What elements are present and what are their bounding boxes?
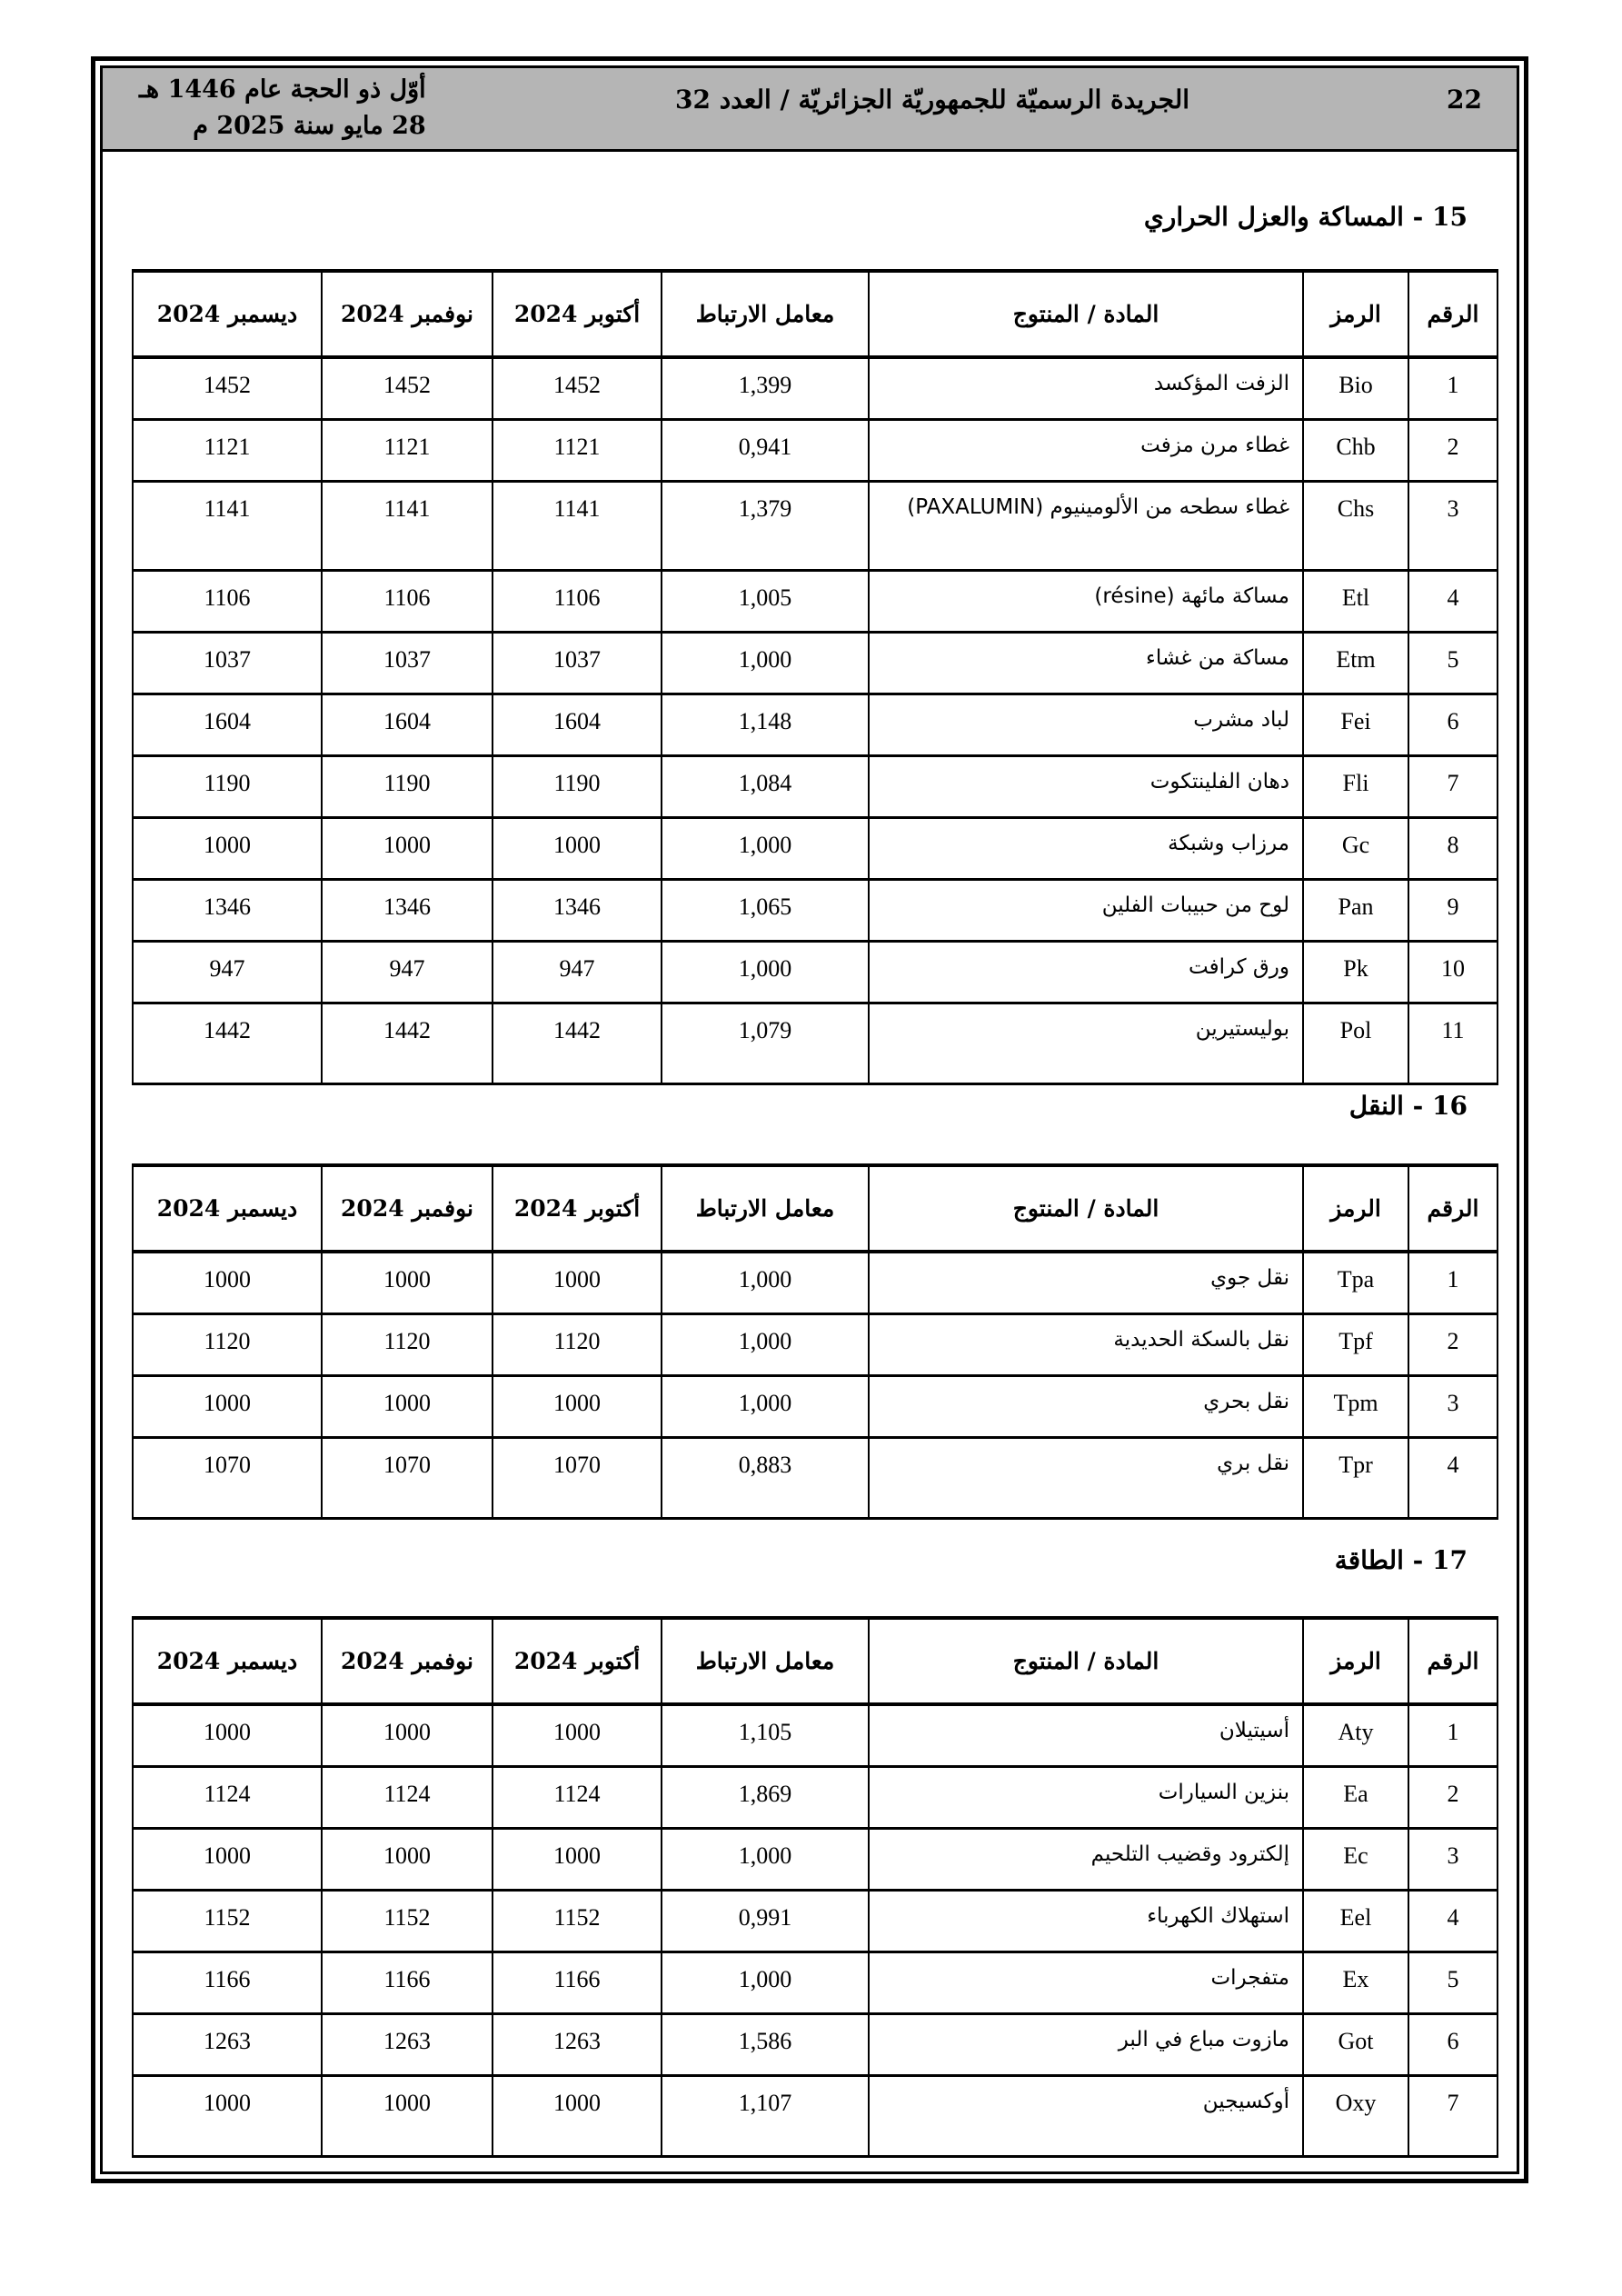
column-header-nov: نوفمبر 2024: [322, 271, 493, 357]
cell-num: 5: [1408, 633, 1498, 694]
cell-dec: 1037: [133, 633, 322, 694]
column-header-coef: معامل الارتباط: [662, 271, 869, 357]
cell-num: 10: [1408, 942, 1498, 1003]
cell-code: Pk: [1303, 942, 1408, 1003]
column-header-product: المادة / المنتوج: [869, 271, 1303, 357]
cell-num: 3: [1408, 1376, 1498, 1438]
column-header-product: المادة / المنتوج: [869, 1618, 1303, 1704]
cell-code: Etl: [1303, 571, 1408, 633]
cell-coef: 1,399: [662, 357, 869, 420]
cell-code: Ec: [1303, 1829, 1408, 1891]
cell-oct: 1124: [493, 1767, 662, 1829]
cell-product: أوكسيجين: [869, 2076, 1303, 2157]
cell-product: استهلاك الكهرباء: [869, 1891, 1303, 1952]
cell-coef: 1,869: [662, 1767, 869, 1829]
cell-num: 4: [1408, 1891, 1498, 1952]
cell-nov: 1452: [322, 357, 493, 420]
table-row: 5Etmمساكة من غشاء1,000103710371037: [133, 633, 1498, 694]
cell-coef: 1,000: [662, 942, 869, 1003]
cell-oct: 1000: [493, 2076, 662, 2157]
cell-coef: 1,065: [662, 880, 869, 942]
cell-num: 2: [1408, 1314, 1498, 1376]
cell-dec: 1000: [133, 1704, 322, 1767]
cell-num: 2: [1408, 1767, 1498, 1829]
cell-num: 1: [1408, 1704, 1498, 1767]
cell-dec: 1120: [133, 1314, 322, 1376]
page-header: 22 الجريدة الرسميّة للجمهوريّة الجزائريّ…: [103, 68, 1517, 152]
cell-dec: 947: [133, 942, 322, 1003]
cell-nov: 1000: [322, 1376, 493, 1438]
cell-coef: 1,000: [662, 633, 869, 694]
table-header-row: الرقمالرمزالمادة / المنتوجمعامل الارتباط…: [133, 1618, 1498, 1704]
table-row: 7Oxyأوكسيجين1,107100010001000: [133, 2076, 1498, 2157]
cell-oct: 1141: [493, 482, 662, 571]
table-row: 6Feiلباد مشرب1,148160416041604: [133, 694, 1498, 756]
cell-product: مازوت مباع في البر: [869, 2014, 1303, 2076]
cell-coef: 1,000: [662, 1376, 869, 1438]
cell-oct: 1120: [493, 1314, 662, 1376]
cell-nov: 1190: [322, 756, 493, 818]
cell-nov: 1152: [322, 1891, 493, 1952]
cell-oct: 1452: [493, 357, 662, 420]
cell-product: غطاء مرن مزفت: [869, 420, 1303, 482]
column-header-oct: أكتوبر 2024: [493, 1618, 662, 1704]
cell-oct: 1037: [493, 633, 662, 694]
table-row: 11Polبوليستيرين1,079144214421442: [133, 1003, 1498, 1084]
table-row: 1Tpaنقل جوي1,000100010001000: [133, 1252, 1498, 1314]
cell-coef: 0,883: [662, 1438, 869, 1519]
column-header-num: الرقم: [1408, 271, 1498, 357]
table-row: 2Tpfنقل بالسكة الحديدية1,000112011201120: [133, 1314, 1498, 1376]
cell-product: دهان الفلينتكوت: [869, 756, 1303, 818]
cell-num: 4: [1408, 1438, 1498, 1519]
cell-code: Oxy: [1303, 2076, 1408, 2157]
cell-coef: 1,000: [662, 1829, 869, 1891]
table-row: 4Tprنقل بري0,883107010701070: [133, 1438, 1498, 1519]
cell-dec: 1452: [133, 357, 322, 420]
column-header-code: الرمز: [1303, 1618, 1408, 1704]
cell-code: Tpf: [1303, 1314, 1408, 1376]
table-row: 4Eelاستهلاك الكهرباء0,991115211521152: [133, 1891, 1498, 1952]
cell-num: 2: [1408, 420, 1498, 482]
cell-code: Bio: [1303, 357, 1408, 420]
cell-coef: 1,107: [662, 2076, 869, 2157]
table-row: 6Gotمازوت مباع في البر1,586126312631263: [133, 2014, 1498, 2076]
date-gregorian: 28 مايو سنة 2025 م: [139, 108, 426, 145]
cell-coef: 1,105: [662, 1704, 869, 1767]
cell-oct: 1263: [493, 2014, 662, 2076]
cell-dec: 1442: [133, 1003, 322, 1084]
cell-oct: 1190: [493, 756, 662, 818]
cell-product: نقل جوي: [869, 1252, 1303, 1314]
table-row: 1Bioالزفت المؤكسد1,399145214521452: [133, 357, 1498, 420]
cell-code: Etm: [1303, 633, 1408, 694]
column-header-num: الرقم: [1408, 1165, 1498, 1252]
column-header-dec: ديسمبر 2024: [133, 1165, 322, 1252]
cell-num: 1: [1408, 1252, 1498, 1314]
cell-oct: 1346: [493, 880, 662, 942]
table-row: 7Fliدهان الفلينتكوت1,084119011901190: [133, 756, 1498, 818]
cell-oct: 1070: [493, 1438, 662, 1519]
column-header-coef: معامل الارتباط: [662, 1165, 869, 1252]
cell-nov: 1141: [322, 482, 493, 571]
table-row: 5Exمتفجرات1,000116611661166: [133, 1952, 1498, 2014]
cell-nov: 1346: [322, 880, 493, 942]
cell-num: 6: [1408, 2014, 1498, 2076]
cell-num: 6: [1408, 694, 1498, 756]
journal-title: الجريدة الرسميّة للجمهوريّة الجزائريّة /…: [675, 85, 1189, 115]
table-header-row: الرقمالرمزالمادة / المنتوجمعامل الارتباط…: [133, 271, 1498, 357]
cell-nov: 1121: [322, 420, 493, 482]
column-header-coef: معامل الارتباط: [662, 1618, 869, 1704]
cell-nov: 947: [322, 942, 493, 1003]
cell-nov: 1000: [322, 1252, 493, 1314]
cell-dec: 1000: [133, 818, 322, 880]
cell-dec: 1000: [133, 2076, 322, 2157]
cell-code: Chs: [1303, 482, 1408, 571]
cell-product: بنزين السيارات: [869, 1767, 1303, 1829]
price-index-table: الرقمالرمزالمادة / المنتوجمعامل الارتباط…: [132, 1616, 1498, 2158]
price-index-table: الرقمالرمزالمادة / المنتوجمعامل الارتباط…: [132, 1163, 1498, 1520]
cell-num: 4: [1408, 571, 1498, 633]
cell-coef: 1,586: [662, 2014, 869, 2076]
cell-product: متفجرات: [869, 1952, 1303, 2014]
section-title: 15 - المساكة والعزل الحراري: [1144, 202, 1468, 232]
cell-dec: 1604: [133, 694, 322, 756]
cell-nov: 1263: [322, 2014, 493, 2076]
table-row: 9Panلوح من حبيبات الفلين1,06513461346134…: [133, 880, 1498, 942]
cell-coef: 1,084: [662, 756, 869, 818]
cell-code: Got: [1303, 2014, 1408, 2076]
cell-product: نقل بالسكة الحديدية: [869, 1314, 1303, 1376]
column-header-dec: ديسمبر 2024: [133, 271, 322, 357]
cell-oct: 1604: [493, 694, 662, 756]
cell-product: لباد مشرب: [869, 694, 1303, 756]
cell-dec: 1000: [133, 1252, 322, 1314]
column-header-nov: نوفمبر 2024: [322, 1618, 493, 1704]
cell-dec: 1000: [133, 1376, 322, 1438]
cell-product: بوليستيرين: [869, 1003, 1303, 1084]
cell-nov: 1000: [322, 1829, 493, 1891]
cell-coef: 1,379: [662, 482, 869, 571]
column-header-num: الرقم: [1408, 1618, 1498, 1704]
cell-product: لوح من حبيبات الفلين: [869, 880, 1303, 942]
cell-num: 5: [1408, 1952, 1498, 2014]
cell-code: Tpa: [1303, 1252, 1408, 1314]
cell-oct: 1000: [493, 1704, 662, 1767]
cell-num: 1: [1408, 357, 1498, 420]
cell-dec: 1166: [133, 1952, 322, 2014]
cell-coef: 0,991: [662, 1891, 869, 1952]
column-header-oct: أكتوبر 2024: [493, 1165, 662, 1252]
cell-num: 7: [1408, 2076, 1498, 2157]
price-index-table: الرقمالرمزالمادة / المنتوجمعامل الارتباط…: [132, 269, 1498, 1085]
cell-code: Aty: [1303, 1704, 1408, 1767]
cell-code: Fli: [1303, 756, 1408, 818]
cell-product: نقل بري: [869, 1438, 1303, 1519]
cell-code: Eel: [1303, 1891, 1408, 1952]
cell-num: 9: [1408, 880, 1498, 942]
cell-nov: 1000: [322, 2076, 493, 2157]
cell-oct: 1121: [493, 420, 662, 482]
cell-code: Pol: [1303, 1003, 1408, 1084]
cell-product: مرزاب وشبكة: [869, 818, 1303, 880]
cell-num: 8: [1408, 818, 1498, 880]
date-hijri: أوّل ذو الحجة عام 1446 هـ: [139, 72, 426, 108]
cell-coef: 1,079: [662, 1003, 869, 1084]
issue-date: أوّل ذو الحجة عام 1446 هـ 28 مايو سنة 20…: [139, 72, 426, 145]
cell-product: ورق كرافت: [869, 942, 1303, 1003]
cell-product: مساكة من غشاء: [869, 633, 1303, 694]
cell-product: غطاء سطحه من الألومينيوم (PAXALUMIN): [869, 482, 1303, 571]
cell-dec: 1000: [133, 1829, 322, 1891]
section-title: 17 - الطاقة: [1335, 1545, 1468, 1575]
table-row: 3Chsغطاء سطحه من الألومينيوم (PAXALUMIN)…: [133, 482, 1498, 571]
cell-nov: 1120: [322, 1314, 493, 1376]
cell-coef: 1,148: [662, 694, 869, 756]
cell-product: مساكة مائهة (résine): [869, 571, 1303, 633]
cell-code: Fei: [1303, 694, 1408, 756]
column-header-oct: أكتوبر 2024: [493, 271, 662, 357]
column-header-code: الرمز: [1303, 271, 1408, 357]
table-row: 2Chbغطاء مرن مزفت0,941112111211121: [133, 420, 1498, 482]
cell-oct: 947: [493, 942, 662, 1003]
cell-product: نقل بحري: [869, 1376, 1303, 1438]
table-row: 10Pkورق كرافت1,000947947947: [133, 942, 1498, 1003]
cell-oct: 1152: [493, 1891, 662, 1952]
cell-code: Tpr: [1303, 1438, 1408, 1519]
cell-nov: 1037: [322, 633, 493, 694]
cell-oct: 1442: [493, 1003, 662, 1084]
cell-num: 7: [1408, 756, 1498, 818]
cell-coef: 1,005: [662, 571, 869, 633]
column-header-product: المادة / المنتوج: [869, 1165, 1303, 1252]
cell-code: Pan: [1303, 880, 1408, 942]
page-number: 22: [1447, 85, 1482, 115]
column-header-dec: ديسمبر 2024: [133, 1618, 322, 1704]
cell-oct: 1000: [493, 818, 662, 880]
cell-dec: 1106: [133, 571, 322, 633]
cell-product: إلكترود وقضيب التلحيم: [869, 1829, 1303, 1891]
cell-nov: 1442: [322, 1003, 493, 1084]
cell-oct: 1166: [493, 1952, 662, 2014]
cell-nov: 1106: [322, 571, 493, 633]
table-row: 3Ecإلكترود وقضيب التلحيم1,00010001000100…: [133, 1829, 1498, 1891]
table-row: 8Gcمرزاب وشبكة1,000100010001000: [133, 818, 1498, 880]
cell-product: الزفت المؤكسد: [869, 357, 1303, 420]
cell-code: Ea: [1303, 1767, 1408, 1829]
cell-dec: 1152: [133, 1891, 322, 1952]
cell-oct: 1106: [493, 571, 662, 633]
cell-num: 3: [1408, 1829, 1498, 1891]
column-header-nov: نوفمبر 2024: [322, 1165, 493, 1252]
cell-nov: 1000: [322, 1704, 493, 1767]
column-header-code: الرمز: [1303, 1165, 1408, 1252]
cell-coef: 0,941: [662, 420, 869, 482]
cell-num: 11: [1408, 1003, 1498, 1084]
table-header-row: الرقمالرمزالمادة / المنتوجمعامل الارتباط…: [133, 1165, 1498, 1252]
cell-code: Tpm: [1303, 1376, 1408, 1438]
cell-dec: 1346: [133, 880, 322, 942]
cell-coef: 1,000: [662, 1314, 869, 1376]
cell-num: 3: [1408, 482, 1498, 571]
cell-nov: 1604: [322, 694, 493, 756]
table-row: 3Tpmنقل بحري1,000100010001000: [133, 1376, 1498, 1438]
cell-code: Ex: [1303, 1952, 1408, 2014]
section-title: 16 - النقل: [1349, 1091, 1468, 1121]
table-row: 2Eaبنزين السيارات1,869112411241124: [133, 1767, 1498, 1829]
cell-nov: 1000: [322, 818, 493, 880]
cell-dec: 1141: [133, 482, 322, 571]
cell-coef: 1,000: [662, 1252, 869, 1314]
table-row: 4Etlمساكة مائهة (résine)1,00511061106110…: [133, 571, 1498, 633]
cell-oct: 1000: [493, 1829, 662, 1891]
cell-coef: 1,000: [662, 818, 869, 880]
cell-nov: 1124: [322, 1767, 493, 1829]
cell-dec: 1121: [133, 420, 322, 482]
cell-nov: 1070: [322, 1438, 493, 1519]
cell-product: أسيتيلان: [869, 1704, 1303, 1767]
cell-dec: 1070: [133, 1438, 322, 1519]
table-row: 1Atyأسيتيلان1,105100010001000: [133, 1704, 1498, 1767]
cell-dec: 1263: [133, 2014, 322, 2076]
cell-dec: 1124: [133, 1767, 322, 1829]
cell-oct: 1000: [493, 1252, 662, 1314]
cell-oct: 1000: [493, 1376, 662, 1438]
cell-nov: 1166: [322, 1952, 493, 2014]
cell-dec: 1190: [133, 756, 322, 818]
cell-code: Chb: [1303, 420, 1408, 482]
cell-code: Gc: [1303, 818, 1408, 880]
cell-coef: 1,000: [662, 1952, 869, 2014]
